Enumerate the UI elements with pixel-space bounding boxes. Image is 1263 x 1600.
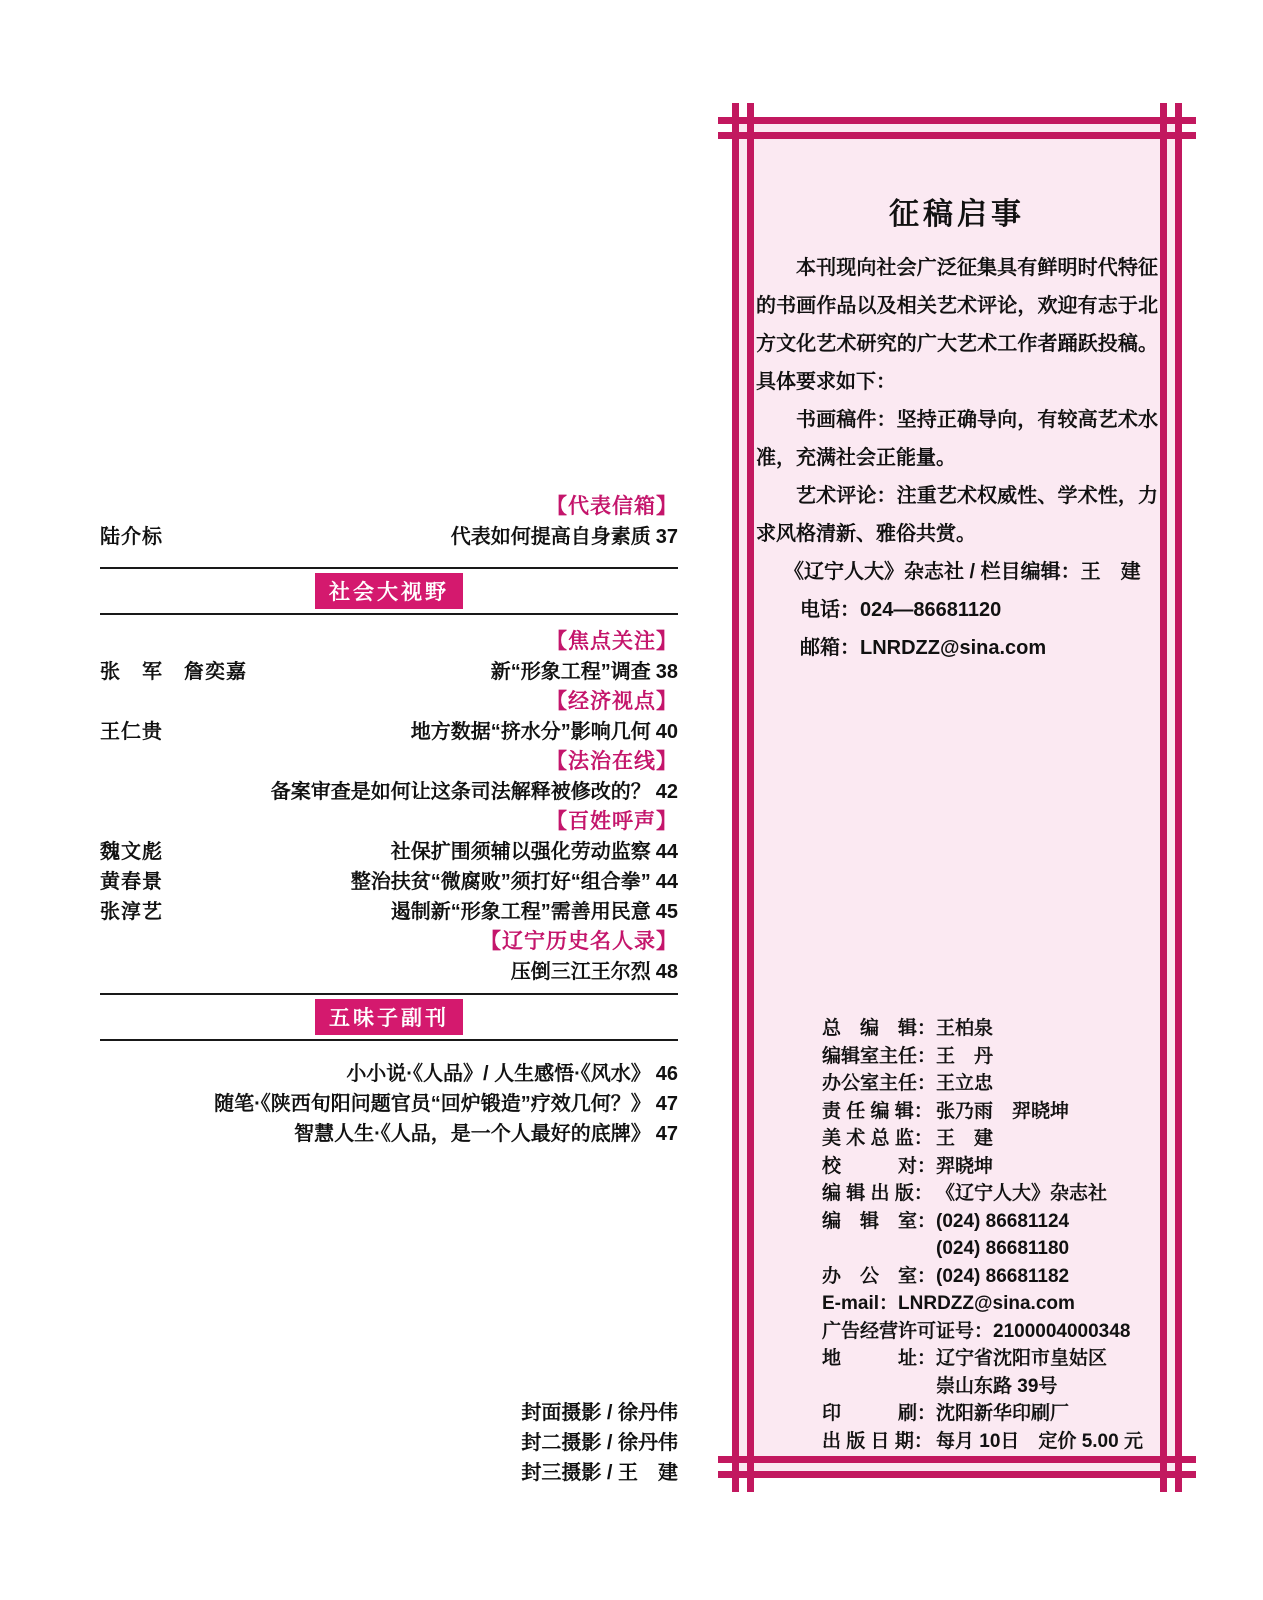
masthead-label: 出 版 日 期： [822,1428,936,1456]
masthead-row: 办 公 室：(024) 86681182 [822,1263,1152,1291]
toc-entry-title: 备案审查是如何让这条司法解释被修改的？ [271,781,651,803]
masthead-label: 总 编 辑： [822,1015,936,1043]
masthead-value: 羿晓坤 [936,1153,993,1181]
toc-category: 【代表信箱】 [100,492,678,522]
magazine-contents-page: 【代表信箱】 陆介标 代表如何提高自身素质37 社会大视野 【焦点关注】 张 军… [0,0,1263,1600]
masthead-row: 校 对：羿晓坤 [822,1153,1152,1181]
masthead-row: 总 编 辑：王柏泉 [822,1015,1152,1043]
toc-entry-author: 魏文彪 [100,837,163,867]
notice-contact: 《辽宁人大》杂志社 / 栏目编辑：王 建 电话：024—86681120 邮箱：… [756,553,1158,667]
photo-credits: 封面摄影 / 徐丹伟 封二摄影 / 徐丹伟 封三摄影 / 王 建 [100,1398,678,1488]
masthead-label: 地 址： [822,1345,936,1373]
toc-entry-page: 40 [656,721,678,743]
notice-body: 本刊现向社会广泛征集具有鲜明时代特征的书画作品以及相关艺术评论，欢迎有志于北方文… [756,249,1158,553]
toc-entry-page: 46 [656,1063,678,1085]
masthead-label: 美 术 总 监： [822,1125,936,1153]
toc-entry-page: 47 [656,1123,678,1145]
toc-entry: 陆介标 代表如何提高自身素质37 [100,522,678,552]
toc-entry-title: 新“形象工程”调查 [491,661,651,683]
masthead-value: 崇山东路 39号 [936,1373,1057,1401]
masthead-label: E-mail： [822,1290,898,1318]
masthead-value: (024) 86681124 [936,1208,1069,1236]
toc-entry-author: 王仁贵 [100,717,163,747]
masthead-label: 印 刷： [822,1400,936,1428]
toc-entry-title: 随笔·《陕西旬阳问题官员“回炉锻造”疗效几何？》 [214,1093,651,1115]
toc-entry: 随笔·《陕西旬阳问题官员“回炉锻造”疗效几何？》47 [100,1089,678,1119]
masthead-value: 2100004000348 [993,1318,1130,1346]
toc-entry-author: 陆介标 [100,522,163,552]
toc-entry-author: 张淳艺 [100,897,163,927]
masthead-row: 地 址：辽宁省沈阳市皇姑区 [822,1345,1152,1373]
masthead-value: 王 丹 [936,1043,993,1071]
masthead-label: 办 公 室： [822,1263,936,1291]
photo-credit-line: 封二摄影 / 徐丹伟 [100,1428,678,1458]
notice-paragraph: 艺术评论：注重艺术权威性、学术性，力求风格清新、雅俗共赏。 [756,477,1158,553]
masthead-row: 出 版 日 期：每月 10日 定价 5.00 元 [822,1428,1152,1456]
toc-entry: 小小说·《人品》/ 人生感悟·《风水》46 [100,1059,678,1089]
section-rule [100,993,678,995]
masthead-label: 责 任 编 辑： [822,1098,936,1126]
masthead-value: 每月 10日 定价 5.00 元 [936,1428,1143,1456]
toc-entry-title: 压倒三江王尔烈 [511,961,651,983]
masthead-label: 广告经营许可证号： [822,1318,993,1346]
toc-entry-title-wrap: 备案审查是如何让这条司法解释被修改的？42 [271,777,678,807]
masthead-value: 《辽宁人大》杂志社 [936,1180,1107,1208]
notice-content: 征稿启事 本刊现向社会广泛征集具有鲜明时代特征的书画作品以及相关艺术评论，欢迎有… [756,103,1158,1492]
toc-entry-title-wrap: 智慧人生·《人品，是一个人最好的底牌》47 [294,1119,678,1149]
photo-credit-line: 封三摄影 / 王 建 [100,1458,678,1488]
notice-contact-phone: 电话：024—86681120 [756,591,1158,629]
toc-entry-title: 地方数据“挤水分”影响几何 [411,721,651,743]
masthead-label [822,1373,936,1401]
toc-category: 【辽宁历史名人录】 [100,927,678,957]
masthead-row: 责 任 编 辑：张乃雨 羿晓坤 [822,1098,1152,1126]
masthead-label: 编 辑 出 版： [822,1180,936,1208]
toc-entry-page: 44 [656,871,678,893]
notice-contact-email: 邮箱：LNRDZZ@sina.com [756,629,1158,667]
masthead-row: E-mail：LNRDZZ@sina.com [822,1290,1152,1318]
masthead-value: LNRDZZ@sina.com [898,1290,1075,1318]
toc-column: 【代表信箱】 陆介标 代表如何提高自身素质37 社会大视野 【焦点关注】 张 军… [100,492,678,1149]
masthead-label [822,1235,936,1263]
toc-entry: 王仁贵 地方数据“挤水分”影响几何40 [100,717,678,747]
photo-credit-line: 封面摄影 / 徐丹伟 [100,1398,678,1428]
section-rule [100,613,678,615]
section-banner: 社会大视野 [315,573,463,609]
notice-paragraph: 书画稿件：坚持正确导向，有较高艺术水准，充满社会正能量。 [756,401,1158,477]
masthead-row: 编 辑 出 版：《辽宁人大》杂志社 [822,1180,1152,1208]
toc-entry-title: 遏制新“形象工程”需善用民意 [391,901,651,923]
masthead-value: (024) 86681182 [936,1263,1069,1291]
toc-entry-page: 38 [656,661,678,683]
section-divider: 社会大视野 [100,567,678,615]
toc-entry: 备案审查是如何让这条司法解释被修改的？42 [100,777,678,807]
toc-category: 【经济视点】 [100,687,678,717]
notice-title: 征稿启事 [756,189,1158,233]
masthead-value: 王 建 [936,1125,993,1153]
notice-contact-line: 《辽宁人大》杂志社 / 栏目编辑：王 建 [756,553,1158,591]
masthead-value: 王立忠 [936,1070,993,1098]
toc-entry-title: 整治扶贫“微腐败”须打好“组合拳” [351,871,651,893]
toc-entry-title-wrap: 地方数据“挤水分”影响几何40 [411,717,678,747]
toc-entry-title-wrap: 遏制新“形象工程”需善用民意45 [391,897,678,927]
masthead-label: 编 辑 室： [822,1208,936,1236]
toc-entry-title: 社保扩围须辅以强化劳动监察 [391,841,651,863]
notice-paragraph: 本刊现向社会广泛征集具有鲜明时代特征的书画作品以及相关艺术评论，欢迎有志于北方文… [756,249,1158,401]
toc-entry-page: 45 [656,901,678,923]
masthead: 总 编 辑：王柏泉 编辑室主任：王 丹 办公室主任：王立忠 责 任 编 辑：张乃… [822,1015,1152,1455]
toc-category: 【焦点关注】 [100,627,678,657]
toc-entry: 张 军 詹奕嘉 新“形象工程”调查38 [100,657,678,687]
toc-entry-title-wrap: 压倒三江王尔烈48 [511,957,678,987]
toc-entry-author: 张 军 詹奕嘉 [100,657,247,687]
toc-entry-title: 小小说·《人品》/ 人生感悟·《风水》 [346,1063,650,1085]
toc-entry: 智慧人生·《人品，是一个人最好的底牌》47 [100,1119,678,1149]
toc-entry-title-wrap: 随笔·《陕西旬阳问题官员“回炉锻造”疗效几何？》47 [214,1089,678,1119]
section-rule [100,1039,678,1041]
notice-panel: 征稿启事 本刊现向社会广泛征集具有鲜明时代特征的书画作品以及相关艺术评论，欢迎有… [718,103,1196,1492]
masthead-row: 办公室主任：王立忠 [822,1070,1152,1098]
masthead-row: 印 刷：沈阳新华印刷厂 [822,1400,1152,1428]
toc-entry-author: 黄春景 [100,867,163,897]
masthead-label: 办公室主任： [822,1070,936,1098]
masthead-value: 沈阳新华印刷厂 [936,1400,1069,1428]
masthead-row: 崇山东路 39号 [822,1373,1152,1401]
section-rule [100,567,678,569]
toc-entry-title: 代表如何提高自身素质 [451,526,651,548]
toc-entry: 魏文彪 社保扩围须辅以强化劳动监察44 [100,837,678,867]
toc-entry-page: 37 [656,526,678,548]
toc-entry-page: 47 [656,1093,678,1115]
toc-category: 【法治在线】 [100,747,678,777]
toc-entry-title-wrap: 整治扶贫“微腐败”须打好“组合拳”44 [351,867,678,897]
toc-entry-title: 智慧人生·《人品，是一个人最好的底牌》 [294,1123,651,1145]
masthead-value: (024) 86681180 [936,1235,1069,1263]
toc-entry: 压倒三江王尔烈48 [100,957,678,987]
toc-category: 【百姓呼声】 [100,807,678,837]
masthead-value: 王柏泉 [936,1015,993,1043]
masthead-label: 校 对： [822,1153,936,1181]
toc-entry-title-wrap: 小小说·《人品》/ 人生感悟·《风水》46 [346,1059,678,1089]
toc-entry-page: 42 [656,781,678,803]
masthead-label: 编辑室主任： [822,1043,936,1071]
masthead-value: 辽宁省沈阳市皇姑区 [936,1345,1107,1373]
masthead-row: 广告经营许可证号：2100004000348 [822,1318,1152,1346]
section-divider: 五味子副刊 [100,993,678,1041]
toc-entry: 张淳艺 遏制新“形象工程”需善用民意45 [100,897,678,927]
toc-entry-title-wrap: 代表如何提高自身素质37 [451,522,678,552]
toc-entry-page: 44 [656,841,678,863]
masthead-row: 编辑室主任：王 丹 [822,1043,1152,1071]
toc-entry-page: 48 [656,961,678,983]
masthead-row: 美 术 总 监：王 建 [822,1125,1152,1153]
masthead-row: (024) 86681180 [822,1235,1152,1263]
section-banner: 五味子副刊 [315,999,463,1035]
toc-entry-title-wrap: 社保扩围须辅以强化劳动监察44 [391,837,678,867]
toc-entry: 黄春景 整治扶贫“微腐败”须打好“组合拳”44 [100,867,678,897]
masthead-row: 编 辑 室：(024) 86681124 [822,1208,1152,1236]
toc-entry-title-wrap: 新“形象工程”调查38 [491,657,678,687]
masthead-value: 张乃雨 羿晓坤 [936,1098,1069,1126]
